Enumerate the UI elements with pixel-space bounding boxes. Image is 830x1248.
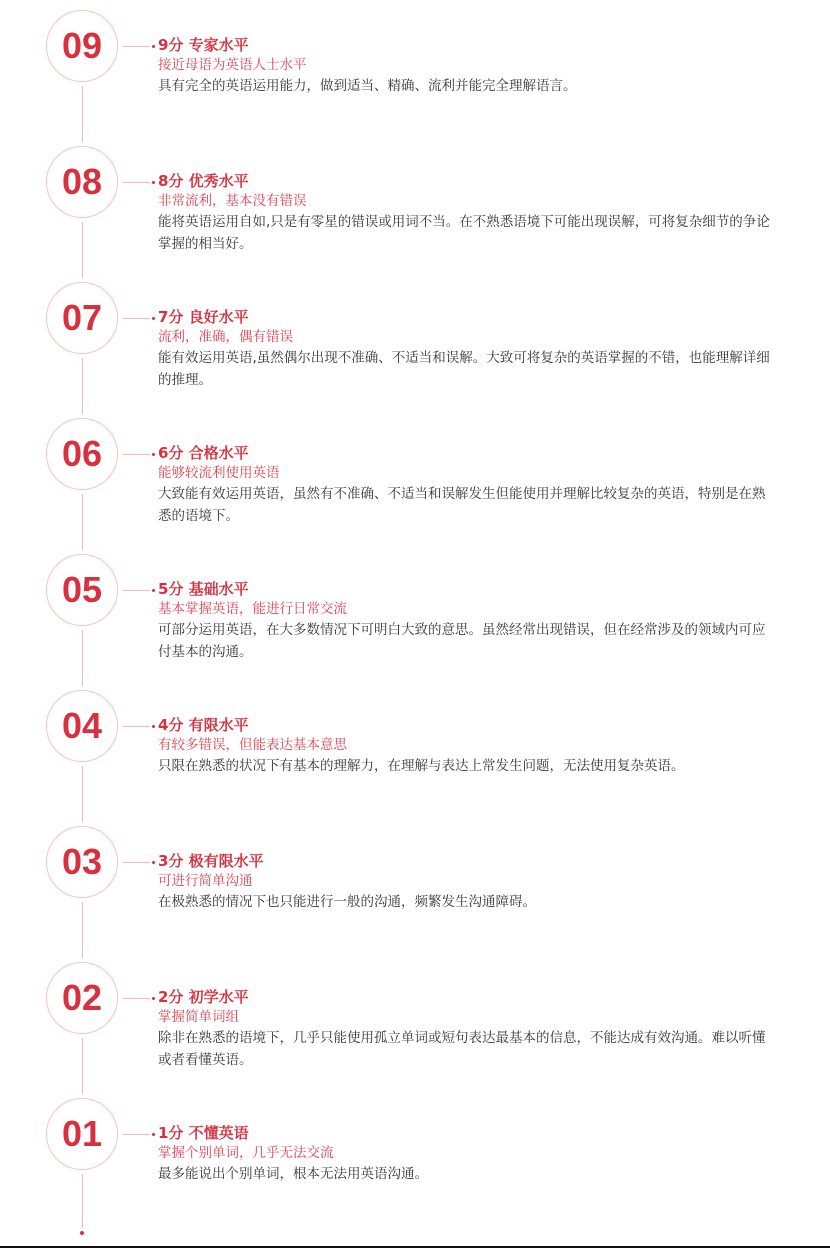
level-description: 只限在熟悉的状况下有基本的理解力，在理解与表达上常发生问题，无法使用复杂英语。 (158, 755, 778, 777)
level-number-badge: 05 (46, 554, 118, 626)
level-description: 可部分运用英语，在大多数情况下可明白大致的意思。虽然经常出现错误，但在经常涉及的… (158, 619, 778, 663)
branch-dot-icon (152, 997, 155, 1000)
level-number-badge: 09 (46, 10, 118, 82)
level-item-8: 08 8分 优秀水平 非常流利，基本没有错误 能将英语运用自如,只是有零星的错误… (0, 146, 830, 282)
level-description: 除非在熟悉的语境下，几乎只能使用孤立单词或短句表达最基本的信息，不能达成有效沟通… (158, 1027, 778, 1071)
level-description: 大致能有效运用英语，虽然有不准确、不适当和误解发生但能使用并理解比较复杂的英语，… (158, 483, 778, 527)
level-subtitle: 非常流利，基本没有错误 (158, 191, 778, 211)
level-item-5: 05 5分 基础水平 基本掌握英语，能进行日常交流 可部分运用英语，在大多数情况… (0, 554, 830, 690)
branch-dot-icon (152, 861, 155, 864)
level-item-3: 03 3分 极有限水平 可进行简单沟通 在极熟悉的情况下也只能进行一般的沟通，频… (0, 826, 830, 962)
level-description: 具有完全的英语运用能力，做到适当、精确、流利并能完全理解语言。 (158, 75, 778, 97)
branch-line (122, 182, 150, 183)
level-item-1: 01 1分 不懂英语 掌握个别单词，几乎无法交流 最多能说出个别单词，根本无法用… (0, 1098, 830, 1234)
level-text: 7分 良好水平 流利，准确，偶有错误 能有效运用英语,虽然偶尔出现不准确、不适当… (158, 307, 778, 391)
level-text: 2分 初学水平 掌握简单词组 除非在熟悉的语境下，几乎只能使用孤立单词或短句表达… (158, 987, 778, 1071)
level-text: 3分 极有限水平 可进行简单沟通 在极熟悉的情况下也只能进行一般的沟通，频繁发生… (158, 851, 778, 913)
level-item-4: 04 4分 有限水平 有较多错误，但能表达基本意思 只限在熟悉的状况下有基本的理… (0, 690, 830, 826)
level-description: 最多能说出个别单词，根本无法用英语沟通。 (158, 1163, 778, 1185)
level-subtitle: 能够较流利使用英语 (158, 463, 778, 483)
level-description: 能将英语运用自如,只是有零星的错误或用词不当。在不熟悉语境下可能出现误解，可将复… (158, 211, 778, 255)
level-item-7: 07 7分 良好水平 流利，准确，偶有错误 能有效运用英语,虽然偶尔出现不准确、… (0, 282, 830, 418)
level-number-badge: 01 (46, 1098, 118, 1170)
level-title: 2分 初学水平 (158, 987, 778, 1007)
level-number-badge: 04 (46, 690, 118, 762)
branch-line (122, 862, 150, 863)
score-timeline: 09 9分 专家水平 接近母语为英语人士水平 具有完全的英语运用能力，做到适当、… (0, 0, 830, 1246)
level-subtitle: 接近母语为英语人士水平 (158, 55, 778, 75)
branch-line (122, 1134, 150, 1135)
level-subtitle: 基本掌握英语，能进行日常交流 (158, 599, 778, 619)
level-text: 8分 优秀水平 非常流利，基本没有错误 能将英语运用自如,只是有零星的错误或用词… (158, 171, 778, 255)
level-title: 5分 基础水平 (158, 579, 778, 599)
level-number-badge: 08 (46, 146, 118, 218)
branch-line (122, 454, 150, 455)
level-title: 4分 有限水平 (158, 715, 778, 735)
branch-dot-icon (152, 453, 155, 456)
timeline-connector (82, 1174, 83, 1228)
timeline-connector (82, 86, 83, 142)
level-text: 5分 基础水平 基本掌握英语，能进行日常交流 可部分运用英语，在大多数情况下可明… (158, 579, 778, 663)
timeline-connector (82, 358, 83, 414)
level-number-badge: 06 (46, 418, 118, 490)
level-text: 6分 合格水平 能够较流利使用英语 大致能有效运用英语，虽然有不准确、不适当和误… (158, 443, 778, 527)
branch-line (122, 318, 150, 319)
level-subtitle: 掌握简单词组 (158, 1007, 778, 1027)
branch-dot-icon (152, 45, 155, 48)
branch-dot-icon (152, 1133, 155, 1136)
level-description: 在极熟悉的情况下也只能进行一般的沟通，频繁发生沟通障碍。 (158, 891, 778, 913)
level-subtitle: 掌握个别单词，几乎无法交流 (158, 1143, 778, 1163)
timeline-connector (82, 766, 83, 822)
level-description: 能有效运用英语,虽然偶尔出现不准确、不适当和误解。大致可将复杂的英语掌握的不错，… (158, 347, 778, 391)
level-text: 1分 不懂英语 掌握个别单词，几乎无法交流 最多能说出个别单词，根本无法用英语沟… (158, 1123, 778, 1185)
branch-dot-icon (152, 725, 155, 728)
level-title: 9分 专家水平 (158, 35, 778, 55)
level-title: 6分 合格水平 (158, 443, 778, 463)
level-title: 1分 不懂英语 (158, 1123, 778, 1143)
level-subtitle: 有较多错误，但能表达基本意思 (158, 735, 778, 755)
level-text: 4分 有限水平 有较多错误，但能表达基本意思 只限在熟悉的状况下有基本的理解力，… (158, 715, 778, 777)
level-number-badge: 02 (46, 962, 118, 1034)
branch-dot-icon (152, 181, 155, 184)
timeline-connector (82, 222, 83, 278)
level-item-9: 09 9分 专家水平 接近母语为英语人士水平 具有完全的英语运用能力，做到适当、… (0, 10, 830, 146)
level-number-badge: 07 (46, 282, 118, 354)
branch-line (122, 726, 150, 727)
timeline-connector (82, 1038, 83, 1094)
timeline-connector (82, 494, 83, 550)
level-subtitle: 流利，准确，偶有错误 (158, 327, 778, 347)
branch-dot-icon (152, 317, 155, 320)
branch-line (122, 998, 150, 999)
timeline-connector (82, 902, 83, 958)
level-number-badge: 03 (46, 826, 118, 898)
level-title: 3分 极有限水平 (158, 851, 778, 871)
level-title: 8分 优秀水平 (158, 171, 778, 191)
timeline-connector (82, 630, 83, 686)
level-item-6: 06 6分 合格水平 能够较流利使用英语 大致能有效运用英语，虽然有不准确、不适… (0, 418, 830, 554)
branch-line (122, 590, 150, 591)
level-item-2: 02 2分 初学水平 掌握简单词组 除非在熟悉的语境下，几乎只能使用孤立单词或短… (0, 962, 830, 1098)
branch-line (122, 46, 150, 47)
branch-dot-icon (152, 589, 155, 592)
timeline-end-dot-icon (80, 1231, 84, 1235)
level-subtitle: 可进行简单沟通 (158, 871, 778, 891)
level-title: 7分 良好水平 (158, 307, 778, 327)
level-text: 9分 专家水平 接近母语为英语人士水平 具有完全的英语运用能力，做到适当、精确、… (158, 35, 778, 97)
